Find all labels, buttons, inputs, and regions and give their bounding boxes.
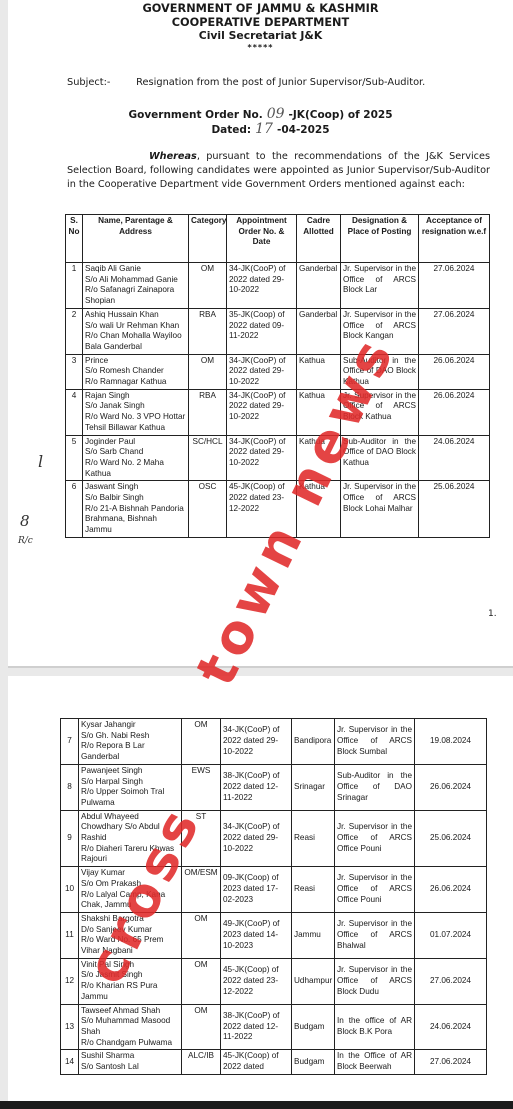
cell-order: 45-JK(Coop) of 2022 dated 23-12-2022 xyxy=(227,481,297,538)
table-row: 6Jaswant SinghS/o Balbir SinghR/o 21-A B… xyxy=(66,481,490,538)
cell-name: Tawseef Ahmad Shah xyxy=(81,1006,179,1017)
cell-wef: 27.06.2024 xyxy=(419,308,490,354)
cell-parent: S/o Balbir Singh xyxy=(85,493,186,504)
cell-category: SC/HCL xyxy=(189,435,227,481)
cell-wef: 25.06.2024 xyxy=(415,810,487,867)
cell-category: RBA xyxy=(189,389,227,435)
col-order: Appointment Order No. & Date xyxy=(227,215,297,263)
cell-posting: In the Office of AR Block Beerwah xyxy=(335,1050,415,1074)
cell-wef: 24.06.2024 xyxy=(419,435,490,481)
cell-posting: Sub-Auditor in the Office of DAO Srinaga… xyxy=(335,764,415,810)
cell-name: Pawanjeet SinghS/o Harpal SinghR/o Upper… xyxy=(79,764,182,810)
cell-sno: 9 xyxy=(61,810,79,867)
cell-posting: In the office of AR Block B.K Pora xyxy=(335,1004,415,1050)
cell-name: Saqib Ali GanieS/o Ali Mohammad GanieR/o… xyxy=(83,263,189,309)
intro-lead: Whereas xyxy=(149,151,197,162)
cell-cadre: Ganderbal xyxy=(297,263,341,309)
table-row: 3PrinceS/o Romesh ChanderR/o Ramnagar Ka… xyxy=(66,354,490,389)
subject-label: Subject:- xyxy=(67,77,133,88)
cell-wef: 24.06.2024 xyxy=(415,1004,487,1050)
cell-cadre: Ganderbal xyxy=(297,308,341,354)
order-block: Government Order No.09-JK(Coop) of 2025 … xyxy=(8,107,513,137)
cell-parent: S/o Om Prakash xyxy=(81,879,179,890)
document-page-2: 7Kysar JahangirS/o Gh. Nabi ReshR/o Repo… xyxy=(8,676,513,1109)
cell-cadre: Kathua xyxy=(297,354,341,389)
cell-name: Vijay Kumar xyxy=(81,868,179,879)
cell-order: 34-JK(CooP) of 2022 dated 29-10-2022 xyxy=(227,354,297,389)
cell-cadre: Budgam xyxy=(292,1004,335,1050)
cell-posting: Sub-Auditor in the Office of DAO Block K… xyxy=(341,435,419,481)
cell-parent: S/o Sarb Chand xyxy=(85,447,186,458)
cell-category: EWS xyxy=(182,764,221,810)
candidates-table-page-2: 7Kysar JahangirS/o Gh. Nabi ReshR/o Repo… xyxy=(60,718,487,1075)
cell-name: Kysar Jahangir xyxy=(81,720,179,731)
cell-posting: Jr. Supervisor in the Office of ARCS Blo… xyxy=(335,719,415,765)
cell-category: ST xyxy=(182,810,221,867)
cell-order: 35-JK(Coop) of 2022 dated 09-11-2022 xyxy=(227,308,297,354)
cell-parent: S/o Ali Mohammad Ganie xyxy=(85,275,186,286)
dated-label: Dated: xyxy=(211,124,251,136)
cell-name: Shakshi BargotraD/o Sanjeev KumarR/o War… xyxy=(79,912,182,958)
cell-category: OM xyxy=(182,912,221,958)
cell-category: OSC xyxy=(189,481,227,538)
cell-sno: 1 xyxy=(66,263,83,309)
table-row: 14Sushil SharmaS/o Santosh LalALC/IB45-J… xyxy=(61,1050,487,1074)
header-line-1: GOVERNMENT OF JAMMU & KASHMIR xyxy=(8,2,513,16)
order-day-handwritten: 17 xyxy=(251,121,277,137)
col-sno: S. No xyxy=(66,215,83,263)
cell-name: Ashiq Hussain Khan xyxy=(85,310,186,321)
cell-name: Prince xyxy=(85,356,186,367)
cell-cadre: Srinagar xyxy=(292,764,335,810)
cell-category: ALC/IB xyxy=(182,1050,221,1074)
cell-sno: 13 xyxy=(61,1004,79,1050)
cell-cadre: Jammu xyxy=(292,912,335,958)
cell-order: 34-JK(CooP) of 2022 dated 29-10-2022 xyxy=(227,435,297,481)
cell-parent: S/o wali Ur Rehman Khan xyxy=(85,321,186,332)
cell-name: Pawanjeet Singh xyxy=(81,766,179,777)
cell-category: OM xyxy=(189,354,227,389)
cell-cadre: Kathua xyxy=(297,435,341,481)
cell-name: Kysar JahangirS/o Gh. Nabi ReshR/o Repor… xyxy=(79,719,182,765)
cell-sno: 6 xyxy=(66,481,83,538)
document-page-1: GOVERNMENT OF JAMMU & KASHMIR COOPERATIV… xyxy=(8,0,513,668)
cell-order: 45-JK(Coop) of 2022 dated xyxy=(221,1050,292,1074)
cell-cadre: Budgam xyxy=(292,1050,335,1074)
cell-parent: S/o Janak Singh xyxy=(85,401,186,412)
cell-wef: 27.06.2024 xyxy=(419,263,490,309)
cell-name: Jaswant Singh xyxy=(85,482,186,493)
table-row: 11Shakshi BargotraD/o Sanjeev KumarR/o W… xyxy=(61,912,487,958)
cell-address: R/o Ward No. 65 Prem Vihar Nagbani xyxy=(81,935,179,956)
cell-address: R/o Chandgam Pulwama xyxy=(81,1038,179,1049)
screen-bottom-bar xyxy=(0,1101,513,1109)
order-date-line: Dated:17-04-2025 xyxy=(8,122,513,137)
cell-cadre: Reasi xyxy=(292,810,335,867)
cell-category: RBA xyxy=(189,308,227,354)
cell-name: Rajan SinghS/o Janak SinghR/o Ward No. 3… xyxy=(83,389,189,435)
cell-parent: S/o Muhammad Masood Shah xyxy=(81,1016,179,1037)
cell-name: Joginder Paul xyxy=(85,437,186,448)
cell-category: OM xyxy=(189,263,227,309)
cell-wef: 26.06.2024 xyxy=(419,389,490,435)
cell-posting: Jr. Supervisor in the Office of ARCS Blo… xyxy=(335,958,415,1004)
cell-order: 34-JK(CooP) of 2022 dated 29-10-2022 xyxy=(221,810,292,867)
cell-name: PrinceS/o Romesh ChanderR/o Ramnagar Kat… xyxy=(83,354,189,389)
cell-address: R/o Upper Soimoh Tral Pulwama xyxy=(81,787,179,808)
col-posting: Designation & Place of Posting xyxy=(341,215,419,263)
col-cadre: Cadre Allotted xyxy=(297,215,341,263)
cell-order: 38-JK(CooP) of 2022 dated 12-11-2022 xyxy=(221,1004,292,1050)
cell-category: OM xyxy=(182,958,221,1004)
cell-sno: 4 xyxy=(66,389,83,435)
cell-order: 49-JK(CooP) of 2023 dated 14-10-2023 xyxy=(221,912,292,958)
table-row: 13Tawseef Ahmad ShahS/o Muhammad Masood … xyxy=(61,1004,487,1050)
cell-parent: S/o Harpal Singh xyxy=(81,777,179,788)
cell-wef: 27.06.2024 xyxy=(415,1050,487,1074)
page-number: 1. xyxy=(488,609,497,619)
margin-handwriting-initials: 8 xyxy=(20,512,30,530)
cell-posting: Jr. Supervisor in the Office of ARCS Off… xyxy=(335,810,415,867)
table-row: 8Pawanjeet SinghS/o Harpal SinghR/o Uppe… xyxy=(61,764,487,810)
table-row: 7Kysar JahangirS/o Gh. Nabi ReshR/o Repo… xyxy=(61,719,487,765)
cell-cadre: Udhampur xyxy=(292,958,335,1004)
subject-text: Resignation from the post of Junior Supe… xyxy=(136,77,425,88)
cell-posting: Jr. Supervisor in the Office of ARCS Blo… xyxy=(341,263,419,309)
table-row: 9Abdul Whayeed Chowdhary S/o Abdul Rashi… xyxy=(61,810,487,867)
col-name: Name, Parentage & Address xyxy=(83,215,189,263)
cell-posting: Sub-Auditor in the Office of DAO Block K… xyxy=(341,354,419,389)
cell-name: Vinit Pal SinghS/o Jasmit SinghR/o Khari… xyxy=(79,958,182,1004)
candidates-table-page-1: S. No Name, Parentage & Address Category… xyxy=(65,214,490,538)
cell-wef: 27.06.2024 xyxy=(415,958,487,1004)
cell-name: Vijay KumarS/o Om PrakashR/o Lalyal Camp… xyxy=(79,867,182,913)
cell-address: R/o Chan Mohalla Wayiloo Bala Ganderbal xyxy=(85,331,186,352)
cell-sno: 3 xyxy=(66,354,83,389)
cell-name: Vinit Pal Singh xyxy=(81,960,179,971)
order-prefix: Government Order No. xyxy=(128,109,262,121)
cell-sno: 8 xyxy=(61,764,79,810)
cell-address: R/o Kharian RS Pura Jammu xyxy=(81,981,179,1002)
cell-address: R/o Lalyal Camp, Kana Chak, Jammu xyxy=(81,890,179,911)
cell-sno: 2 xyxy=(66,308,83,354)
cell-name: Abdul Whayeed Chowdhary S/o Abdul Rashid… xyxy=(79,810,182,867)
cell-wef: 26.06.2024 xyxy=(415,764,487,810)
letterhead: GOVERNMENT OF JAMMU & KASHMIR COOPERATIV… xyxy=(8,2,513,43)
cell-name: Rajan Singh xyxy=(85,391,186,402)
cell-parent: S/o Romesh Chander xyxy=(85,366,186,377)
cell-name: Sushil SharmaS/o Santosh Lal xyxy=(79,1050,182,1074)
cell-order: 34-JK(CooP) of 2022 dated 29-10-2022 xyxy=(227,263,297,309)
cell-address: R/o Ward No. 3 VPO Hottar Tehsil Billawa… xyxy=(85,412,186,433)
cell-sno: 14 xyxy=(61,1050,79,1074)
header-stars: ***** xyxy=(8,43,513,53)
intro-paragraph: Whereas, pursuant to the recommendations… xyxy=(67,150,490,192)
date-suffix: -04-2025 xyxy=(277,124,330,136)
cell-wef: 26.06.2024 xyxy=(419,354,490,389)
subject-line: Subject:- Resignation from the post of J… xyxy=(67,77,425,88)
cell-name: Abdul Whayeed Chowdhary S/o Abdul Rashid xyxy=(81,812,179,844)
col-category: Category xyxy=(189,215,227,263)
cell-address: R/o Safanagri Zainapora Shopian xyxy=(85,285,186,306)
cell-sno: 10 xyxy=(61,867,79,913)
cell-sno: 7 xyxy=(61,719,79,765)
cell-sno: 12 xyxy=(61,958,79,1004)
cell-posting: Jr. Supervisor in the Office of ARCS Off… xyxy=(335,867,415,913)
cell-wef: 19.08.2024 xyxy=(415,719,487,765)
cell-parent: S/o Gh. Nabi Resh xyxy=(81,731,179,742)
cell-parent: S/o Jasmit Singh xyxy=(81,970,179,981)
table-header-row: S. No Name, Parentage & Address Category… xyxy=(66,215,490,263)
cell-cadre: Bandipora xyxy=(292,719,335,765)
header-line-3: Civil Secretariat J&K xyxy=(8,29,513,43)
order-suffix: -JK(Coop) of 2025 xyxy=(289,109,393,121)
cell-name: Saqib Ali Ganie xyxy=(85,264,186,275)
cell-address: R/o Ward No. 2 Maha Kathua xyxy=(85,458,186,479)
cell-sno: 5 xyxy=(66,435,83,481)
cell-posting: Jr. Supervisor in the Office of ARCS Blo… xyxy=(341,389,419,435)
cell-wef: 01.07.2024 xyxy=(415,912,487,958)
cell-cadre: Kathua xyxy=(297,389,341,435)
cell-address: R/o Diaheri Tareru Khwas Rajouri xyxy=(81,844,179,865)
margin-handwriting-note: R/c xyxy=(18,536,33,546)
cell-parent: D/o Sanjeev Kumar xyxy=(81,925,179,936)
cell-posting: Jr. Supervisor in the Office of ARCS Blo… xyxy=(341,481,419,538)
cell-address: R/o Repora B Lar Ganderbal xyxy=(81,741,179,762)
cell-order: 38-JK(CooP) of 2022 dated 12-11-2022 xyxy=(221,764,292,810)
cell-category: OM/ESM xyxy=(182,867,221,913)
cell-posting: Jr. Supervisor in the Office of ARCS Bha… xyxy=(335,912,415,958)
table-row: 4Rajan SinghS/o Janak SinghR/o Ward No. … xyxy=(66,389,490,435)
cell-category: OM xyxy=(182,1004,221,1050)
cell-address: R/o Ramnagar Kathua xyxy=(85,377,186,388)
cell-posting: Jr. Supervisor in the Office of ARCS Blo… xyxy=(341,308,419,354)
table-row: 5Joginder PaulS/o Sarb ChandR/o Ward No.… xyxy=(66,435,490,481)
order-number-line: Government Order No.09-JK(Coop) of 2025 xyxy=(8,107,513,122)
cell-order: 45-JK(Coop) of 2022 dated 23-12-2022 xyxy=(221,958,292,1004)
cell-name: Joginder PaulS/o Sarb ChandR/o Ward No. … xyxy=(83,435,189,481)
cell-address: R/o 21-A Bishnah Pandoria Brahmana, Bish… xyxy=(85,504,186,536)
table-row: 12Vinit Pal SinghS/o Jasmit SinghR/o Kha… xyxy=(61,958,487,1004)
cell-order: 34-JK(CooP) of 2022 dated 29-10-2022 xyxy=(221,719,292,765)
cell-order: 34-JK(CooP) of 2022 dated 29-10-2022 xyxy=(227,389,297,435)
cell-sno: 11 xyxy=(61,912,79,958)
cell-name: Shakshi Bargotra xyxy=(81,914,179,925)
cell-cadre: Reasi xyxy=(292,867,335,913)
cell-order: 09-JK(Coop) of 2023 dated 17-02-2023 xyxy=(221,867,292,913)
cell-name: Ashiq Hussain KhanS/o wali Ur Rehman Kha… xyxy=(83,308,189,354)
cell-wef: 26.06.2024 xyxy=(415,867,487,913)
cell-name: Jaswant SinghS/o Balbir SinghR/o 21-A Bi… xyxy=(83,481,189,538)
col-wef: Acceptance of resignation w.e.f xyxy=(419,215,490,263)
table-row: 1Saqib Ali GanieS/o Ali Mohammad GanieR/… xyxy=(66,263,490,309)
order-number-handwritten: 09 xyxy=(263,106,289,122)
cell-wef: 25.06.2024 xyxy=(419,481,490,538)
margin-handwriting-mark: l xyxy=(38,452,43,471)
cell-name: Tawseef Ahmad ShahS/o Muhammad Masood Sh… xyxy=(79,1004,182,1050)
cell-parent: S/o Santosh Lal xyxy=(81,1062,179,1073)
intro-text: , pursuant to the recommendations of the… xyxy=(67,151,490,190)
header-line-2: COOPERATIVE DEPARTMENT xyxy=(8,16,513,30)
cell-name: Sushil Sharma xyxy=(81,1051,179,1062)
cell-cadre: Kathua xyxy=(297,481,341,538)
table-row: 10Vijay KumarS/o Om PrakashR/o Lalyal Ca… xyxy=(61,867,487,913)
table-row: 2Ashiq Hussain KhanS/o wali Ur Rehman Kh… xyxy=(66,308,490,354)
cell-category: OM xyxy=(182,719,221,765)
